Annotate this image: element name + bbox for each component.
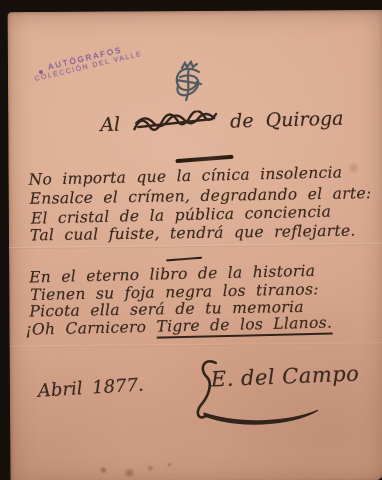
dedication-prefix: Al [100,114,120,137]
signature: E. del Campo [210,361,359,391]
scanned-manuscript: Autógrafos Colección del Valle Al [0,0,382,480]
foxing-stain [146,465,154,471]
fold-crease [10,342,382,348]
manuscript-paper: Autógrafos Colección del Valle Al [8,10,382,480]
stanza-divider-rule [166,257,202,262]
heading-divider-rule [175,155,233,163]
scribble-icon [132,110,219,136]
monogram-seal-icon [168,60,208,106]
scribbled-word [132,110,219,134]
dedication-suffix: de Quiroga [230,108,344,133]
foxing-stain [98,467,108,474]
foxing-stain [122,468,136,477]
poem-line: Tal cual fuiste, tendrá que reflejarte. [30,222,356,245]
underlined-phrase: Tigre de los Llanos. [156,314,332,339]
collection-stamp: Autógrafos Colección del Valle [47,41,143,79]
date-line: Abril 1877. [37,375,144,402]
dedication-line: Al de Quiroga [100,107,344,137]
foxing-stain [348,160,358,176]
foxing-stain [166,462,172,467]
last-line-prefix: ¡Oh Carnicero [25,318,156,339]
